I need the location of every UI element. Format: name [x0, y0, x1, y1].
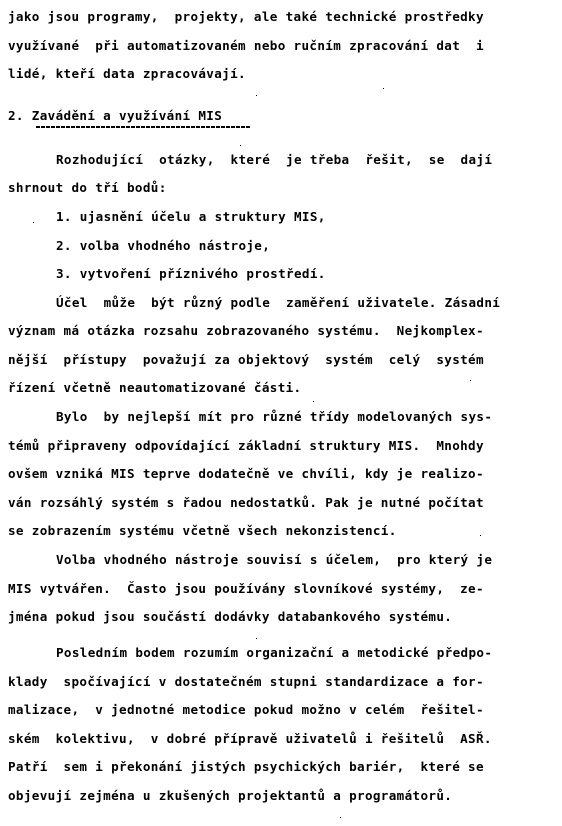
paragraph-line: shrnout do tří bodů:	[8, 180, 167, 196]
scan-speck	[383, 88, 384, 89]
scan-speck	[256, 638, 257, 639]
paragraph-line: témů připraveny odpovídající základní st…	[8, 438, 484, 454]
list-item: 2. volba vhodného nástroje,	[56, 238, 270, 254]
list-item: 3. vytvoření příznivého prostředí.	[56, 266, 326, 282]
paragraph-line: klady spočívající v dostatečném stupni s…	[8, 674, 484, 690]
paragraph-line: význam má otázka rozsahu zobrazovaného s…	[8, 323, 484, 339]
scan-speck	[256, 95, 257, 96]
paragraph-line: objevují zejména u zkušených projektantů…	[8, 788, 452, 804]
paragraph-line: Rozhodující otázky, které je třeba řešit…	[56, 152, 492, 168]
text-line: využívané při automatizovaném nebo ruční…	[8, 38, 484, 54]
paragraph-line: Účel může být různý podle zaměření uživa…	[56, 295, 500, 311]
scan-speck	[33, 222, 34, 223]
paragraph-line: MIS vytvářen. Často jsou používány slovn…	[8, 581, 484, 597]
section-heading: 2. Zavádění a využívání MIS	[8, 108, 222, 124]
paragraph-line: nější přístupy považují za objektový sys…	[8, 352, 484, 368]
scan-speck	[340, 817, 341, 818]
paragraph-line: Volba vhodného nástroje souvisí s účelem…	[56, 552, 492, 568]
paragraph-line: ském kolektivu, v dobré přípravě uživate…	[8, 731, 492, 747]
scan-speck	[480, 535, 481, 536]
scan-speck	[313, 401, 314, 402]
paragraph-line: se zobrazením systému včetně všech nekon…	[8, 523, 397, 539]
paragraph-line: Posledním bodem rozumím organizační a me…	[56, 645, 492, 661]
scan-speck	[470, 380, 471, 381]
paragraph-line: jména pokud jsou součástí dodávky databa…	[8, 609, 452, 625]
paragraph-line: Patří sem i překonání jistých psychickýc…	[8, 759, 484, 775]
scan-speck	[240, 145, 241, 146]
paragraph-line: ovšem vzniká MIS teprve dodatečně ve chv…	[8, 466, 484, 482]
paragraph-line: řízení včetně neautomatizované části.	[8, 380, 302, 396]
text-line: lidé, kteří data zpracovávají.	[8, 66, 246, 82]
paragraph-line: malizace, v jednotné metodice pokud možn…	[8, 702, 484, 718]
text-line: jako jsou programy, projekty, ale také t…	[8, 9, 484, 25]
heading-underline	[36, 126, 251, 128]
list-item: 1. ujasnění účelu a struktury MIS,	[56, 209, 326, 225]
paragraph-line: Bylo by nejlepší mít pro různé třídy mod…	[56, 409, 492, 425]
paragraph-line: ván rozsáhlý systém s řadou nedostatků. …	[8, 495, 484, 511]
